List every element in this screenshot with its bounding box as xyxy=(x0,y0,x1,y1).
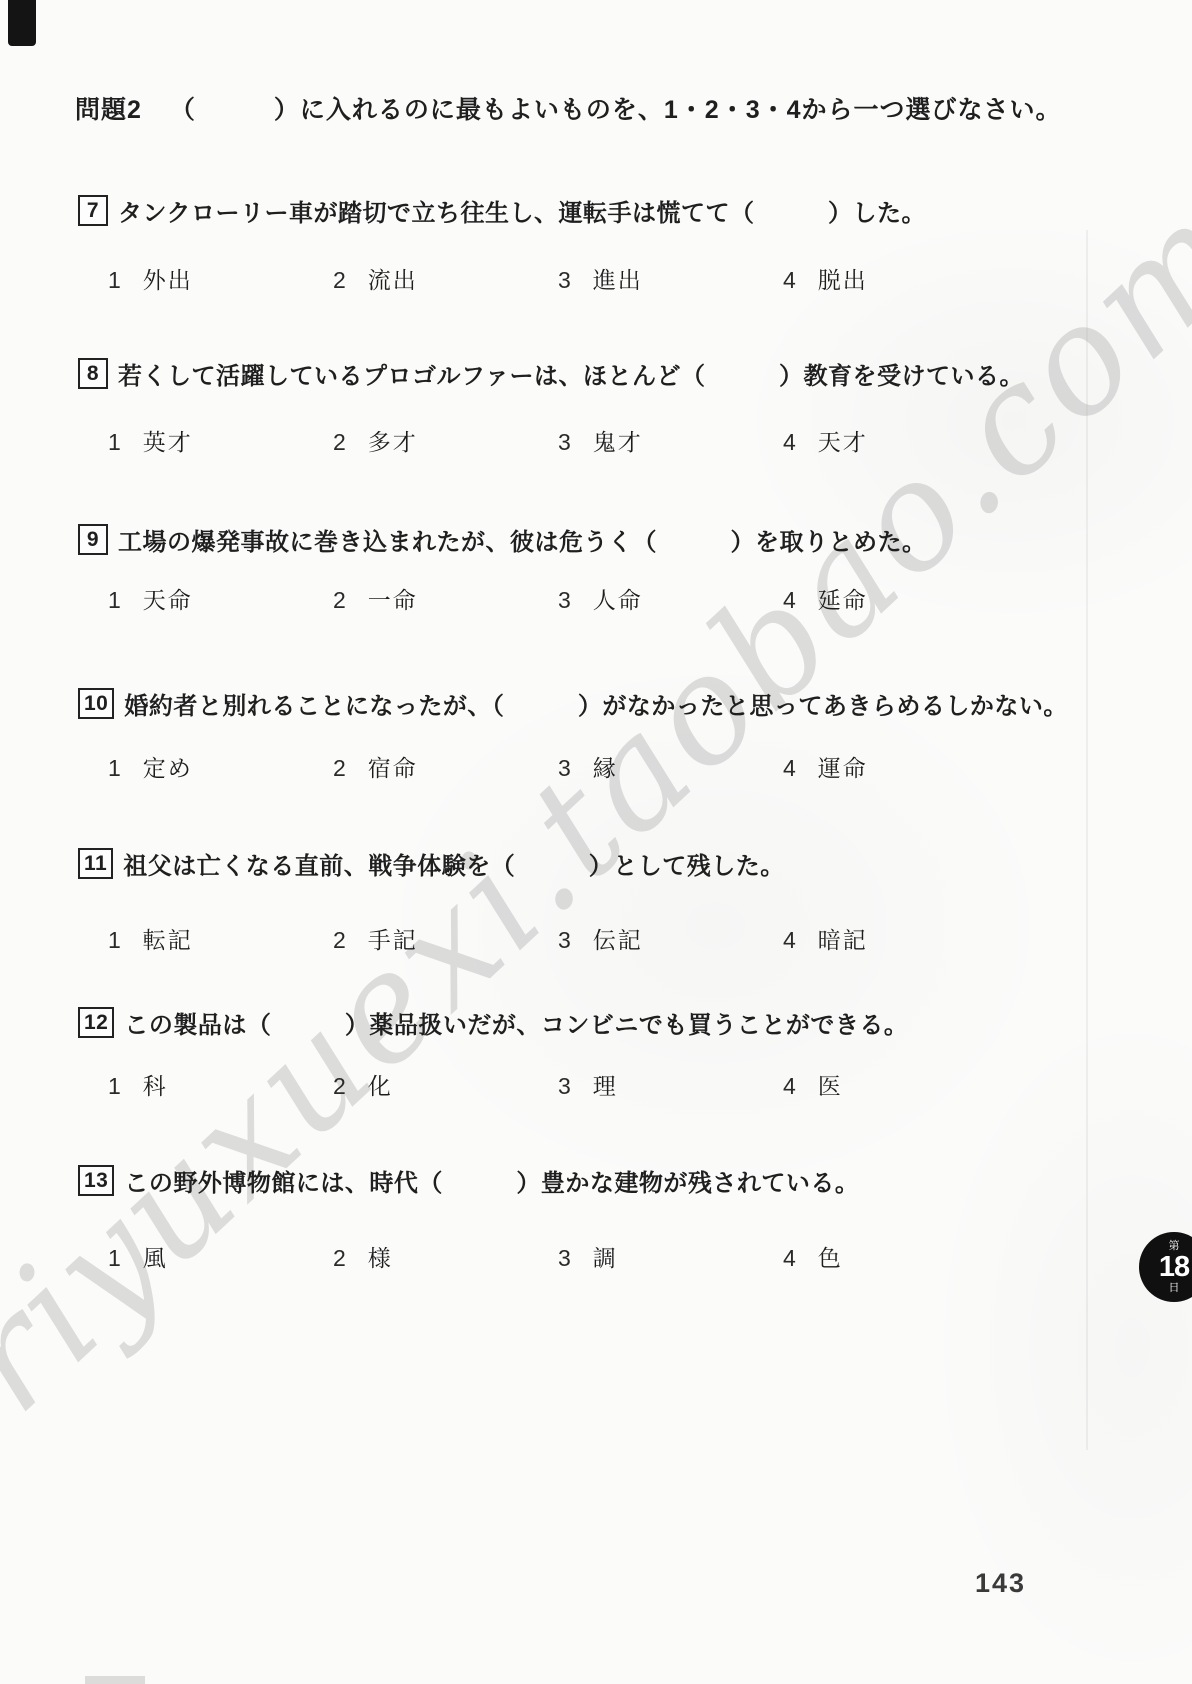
day-badge-suffix: 日 xyxy=(1169,1283,1180,1294)
question-number-box: 12 xyxy=(78,1007,114,1038)
question-number-box: 11 xyxy=(78,848,113,879)
option-8-4[interactable]: 4天才 xyxy=(783,424,868,457)
day-badge-number: 18 xyxy=(1159,1253,1189,1282)
option-label: 人命 xyxy=(593,587,643,613)
question-number-box: 10 xyxy=(78,688,114,719)
option-number: 4 xyxy=(783,927,796,954)
option-12-4[interactable]: 4医 xyxy=(783,1068,843,1101)
option-label: 英才 xyxy=(143,429,193,455)
question-text: この製品は（ ）薬品扱いだが、コンビニでも買うことができる。 xyxy=(124,1005,908,1040)
option-label: 縁 xyxy=(593,755,618,781)
option-label: 進出 xyxy=(593,267,643,293)
question-13: 13この野外博物館には、時代（ ）豊かな建物が残されている。 xyxy=(78,1163,1078,1198)
question-8: 8若くして活躍しているプロゴルファーは、ほとんど（ ）教育を受けている。 xyxy=(78,356,1078,391)
instruction-text: （ ）に入れるのに最もよいものを、1・2・3・4から一つ選びなさい。 xyxy=(170,96,1062,124)
option-label: 手記 xyxy=(368,927,418,953)
question-7: 7タンクローリー車が踏切で立ち往生し、運転手は慌てて（ ）した。 xyxy=(78,193,1078,228)
option-label: 風 xyxy=(143,1245,168,1271)
option-label: 一命 xyxy=(368,587,418,613)
option-number: 4 xyxy=(783,755,796,782)
option-9-1[interactable]: 1天命 xyxy=(108,582,193,615)
question-text: 祖父は亡くなる直前、戦争体験を（ ）として残した。 xyxy=(123,846,785,881)
option-label: 流出 xyxy=(368,267,418,293)
option-label: 暗記 xyxy=(818,927,868,953)
option-number: 2 xyxy=(333,267,346,294)
option-number: 1 xyxy=(108,1073,121,1100)
question-text: 婚約者と別れることになったが、（ ）がなかったと思ってあきらめるしかない。 xyxy=(124,686,1068,721)
option-number: 4 xyxy=(783,1245,796,1272)
question-number-box: 7 xyxy=(78,195,108,226)
option-number: 1 xyxy=(108,429,121,456)
option-9-3[interactable]: 3人命 xyxy=(558,582,643,615)
option-label: 化 xyxy=(368,1073,393,1099)
option-9-4[interactable]: 4延命 xyxy=(783,582,868,615)
option-label: 運命 xyxy=(818,755,868,781)
option-7-1[interactable]: 1外出 xyxy=(108,262,193,295)
option-label: 理 xyxy=(593,1073,618,1099)
option-number: 3 xyxy=(558,927,571,954)
option-12-2[interactable]: 2化 xyxy=(333,1068,393,1101)
option-8-1[interactable]: 1英才 xyxy=(108,424,193,457)
option-label: 科 xyxy=(143,1073,168,1099)
option-12-3[interactable]: 3理 xyxy=(558,1068,618,1101)
question-text: 若くして活躍しているプロゴルファーは、ほとんど（ ）教育を受けている。 xyxy=(118,356,1024,391)
option-label: 宿命 xyxy=(368,755,418,781)
option-number: 3 xyxy=(558,1073,571,1100)
option-label: 医 xyxy=(818,1073,843,1099)
option-number: 3 xyxy=(558,1245,571,1272)
options-row-11: 1転記2手記3伝記4暗記 xyxy=(0,922,1192,956)
option-11-3[interactable]: 3伝記 xyxy=(558,922,643,955)
option-label: 外出 xyxy=(143,267,193,293)
question-text: タンクローリー車が踏切で立ち往生し、運転手は慌てて（ ）した。 xyxy=(118,193,926,228)
option-13-1[interactable]: 1風 xyxy=(108,1240,168,1273)
option-number: 2 xyxy=(333,755,346,782)
option-number: 1 xyxy=(108,755,121,782)
option-number: 1 xyxy=(108,267,121,294)
option-number: 4 xyxy=(783,267,796,294)
option-label: 様 xyxy=(368,1245,393,1271)
option-label: 天才 xyxy=(818,429,868,455)
question-11: 11祖父は亡くなる直前、戦争体験を（ ）として残した。 xyxy=(78,846,1078,881)
option-label: 色 xyxy=(818,1245,843,1271)
option-number: 3 xyxy=(558,587,571,614)
option-13-4[interactable]: 4色 xyxy=(783,1240,843,1273)
option-11-4[interactable]: 4暗記 xyxy=(783,922,868,955)
question-text: 工場の爆発事故に巻き込まれたが、彼は危うく（ ）を取りとめた。 xyxy=(118,522,927,557)
option-number: 2 xyxy=(333,927,346,954)
question-number-box: 8 xyxy=(78,358,108,389)
option-number: 4 xyxy=(783,429,796,456)
option-number: 4 xyxy=(783,587,796,614)
option-13-3[interactable]: 3調 xyxy=(558,1240,618,1273)
option-number: 3 xyxy=(558,429,571,456)
option-label: 調 xyxy=(593,1245,618,1271)
question-text: この野外博物館には、時代（ ）豊かな建物が残されている。 xyxy=(124,1163,859,1198)
option-label: 定め xyxy=(143,755,193,781)
option-number: 1 xyxy=(108,587,121,614)
option-10-1[interactable]: 1定め xyxy=(108,750,193,783)
option-label: 延命 xyxy=(818,587,868,613)
option-label: 多才 xyxy=(368,429,418,455)
question-12: 12この製品は（ ）薬品扱いだが、コンビニでも買うことができる。 xyxy=(78,1005,1078,1040)
option-number: 2 xyxy=(333,587,346,614)
option-label: 転記 xyxy=(143,927,193,953)
page-number: 143 xyxy=(975,1568,1026,1599)
next-page-sliver xyxy=(85,1676,145,1684)
option-label: 伝記 xyxy=(593,927,643,953)
section-instruction: 問題2（ ）に入れるのに最もよいものを、1・2・3・4から一つ選びなさい。 xyxy=(75,90,1062,126)
option-label: 鬼才 xyxy=(593,429,643,455)
option-number: 2 xyxy=(333,1245,346,1272)
option-12-1[interactable]: 1科 xyxy=(108,1068,168,1101)
option-number: 3 xyxy=(558,755,571,782)
options-row-10: 1定め2宿命3縁4運命 xyxy=(0,750,1192,784)
option-13-2[interactable]: 2様 xyxy=(333,1240,393,1273)
option-number: 2 xyxy=(333,429,346,456)
option-number: 1 xyxy=(108,1245,121,1272)
question-10: 10婚約者と別れることになったが、（ ）がなかったと思ってあきらめるしかない。 xyxy=(78,686,1078,721)
options-row-7: 1外出2流出3進出4脱出 xyxy=(0,262,1192,296)
question-number-box: 9 xyxy=(78,524,108,555)
option-10-2[interactable]: 2宿命 xyxy=(333,750,418,783)
option-8-2[interactable]: 2多才 xyxy=(333,424,418,457)
day-badge-prefix: 第 xyxy=(1169,1241,1180,1252)
corner-tab-mark xyxy=(8,0,36,46)
option-10-3[interactable]: 3縁 xyxy=(558,750,618,783)
option-7-4[interactable]: 4脱出 xyxy=(783,262,868,295)
option-11-2[interactable]: 2手記 xyxy=(333,922,418,955)
option-7-3[interactable]: 3進出 xyxy=(558,262,643,295)
option-label: 天命 xyxy=(143,587,193,613)
option-number: 4 xyxy=(783,1073,796,1100)
option-label: 脱出 xyxy=(818,267,868,293)
options-row-9: 1天命2一命3人命4延命 xyxy=(0,582,1192,616)
option-11-1[interactable]: 1転記 xyxy=(108,922,193,955)
option-7-2[interactable]: 2流出 xyxy=(333,262,418,295)
option-10-4[interactable]: 4運命 xyxy=(783,750,868,783)
option-9-2[interactable]: 2一命 xyxy=(333,582,418,615)
question-number-box: 13 xyxy=(78,1165,114,1196)
section-label: 問題2 xyxy=(75,96,142,124)
option-number: 2 xyxy=(333,1073,346,1100)
option-number: 3 xyxy=(558,267,571,294)
options-row-8: 1英才2多才3鬼才4天才 xyxy=(0,424,1192,458)
options-row-13: 1風2様3調4色 xyxy=(0,1240,1192,1274)
option-8-3[interactable]: 3鬼才 xyxy=(558,424,643,457)
question-9: 9工場の爆発事故に巻き込まれたが、彼は危うく（ ）を取りとめた。 xyxy=(78,522,1078,557)
options-row-12: 1科2化3理4医 xyxy=(0,1068,1192,1102)
option-number: 1 xyxy=(108,927,121,954)
test-page: riyuxuexi.taobao.com 問題2（ ）に入れるのに最もよいものを… xyxy=(0,0,1192,1684)
